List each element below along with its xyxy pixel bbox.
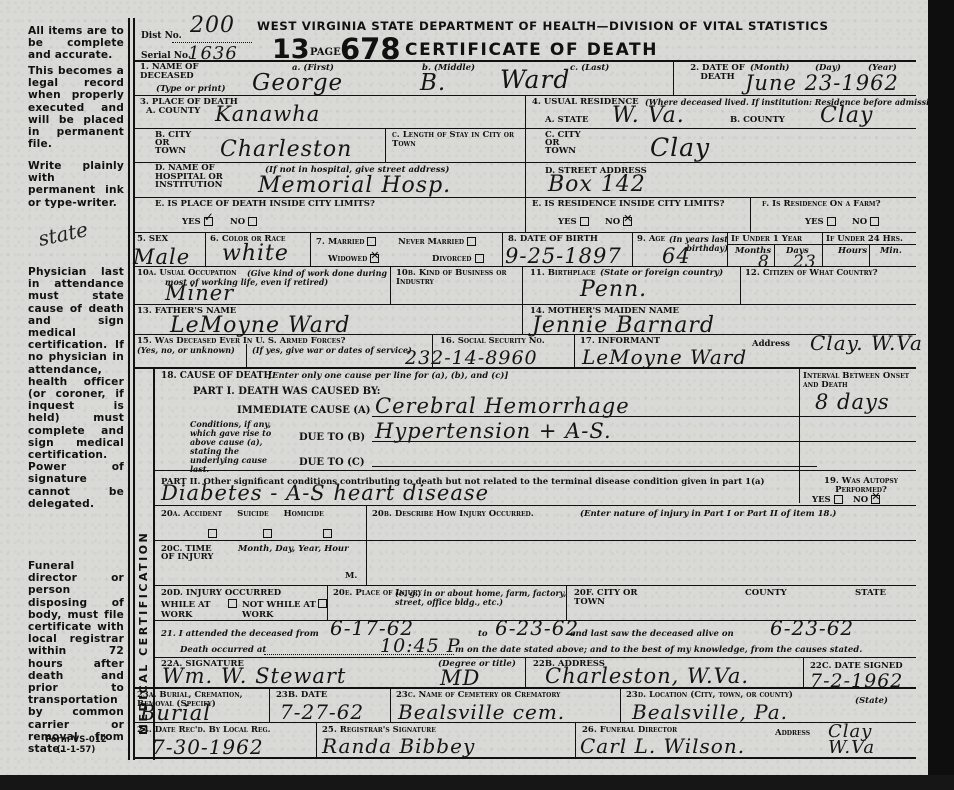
item4b-label: b. COUNTY [730,116,785,125]
scan-border-right [928,0,954,790]
min-label: Min. [880,247,902,256]
divider [155,585,916,586]
divider [366,505,367,585]
married-label: 7. Married [316,237,364,247]
item4-note: (Where deceased lived. If institution: R… [645,98,944,107]
item21-label: 21. I attended the deceased from [161,630,319,639]
item3e-label: e. IS PLACE OF DEATH INSIDE CITY LIMITS? [155,200,375,209]
item20a-label: 20a. Accident Suicide Homicide [161,510,324,519]
divider [310,232,311,266]
item15-sub-a: (Yes, no, or unknown) [137,346,235,355]
yes-label: YES [812,495,831,505]
item24-label: 24. Date Rec'd. By Local Reg. [137,726,271,735]
item16-label: 16. Social Security No. [440,337,545,346]
occupation-value[interactable]: Miner [165,283,234,303]
item3b-label: b. CITY or TOWN [155,131,200,155]
not-while-at-work-label: NOT WHILE At WORK [242,600,316,620]
father-value[interactable]: LeMoyne Ward [170,316,350,336]
instruction-legal-record: This becomes a legal record when properl… [28,65,124,150]
suicide-checkbox[interactable] [263,529,272,538]
while-at-work-option[interactable]: WHILE AT WORK [161,600,231,620]
attended-to-value[interactable]: 6-23-62 [495,618,579,638]
disposition-value[interactable]: Burial [140,703,211,723]
under-1-year-label: If Under 1 Year [731,235,802,244]
cause-b-value[interactable]: Hypertension + A-S. [375,421,612,441]
dist-no-value[interactable]: 200 [190,16,235,36]
instruction-funeral-director: Funeral director or person disposing of … [28,560,124,755]
sex-value[interactable]: Male [133,247,190,267]
divider [525,657,526,687]
dist-no-label: Dist No. [141,32,182,41]
divider [134,162,916,163]
divider [390,266,391,304]
frame-line [133,18,135,760]
item3c-label: c. Length of Stay in City or Town [392,131,522,149]
item4a-label: a. STATE [545,116,588,125]
res-inside-city-no[interactable]: NO [605,217,632,227]
informant-value[interactable]: LeMoyne Ward [582,347,747,367]
divider [522,304,523,334]
to-label: to [478,630,488,639]
while-at-work-label: WHILE AT WORK [161,600,210,620]
item3d-label: d. NAME OF HOSPITAL OR INSTITUTION [155,164,245,190]
last-seen-value[interactable]: 6-23-62 [770,618,854,638]
checkbox[interactable] [834,495,843,504]
interval-a-line [803,416,916,417]
item1-sub: (Type or print) [156,85,226,94]
checkbox[interactable] [248,217,257,226]
married-option[interactable]: 7. Married [316,237,376,247]
race-value[interactable]: white [222,244,289,264]
divorced-option[interactable]: Divorced [432,254,484,264]
item15-sub-b: (If yes, give war or dates of service) [252,346,412,355]
instruction-physician: Physician last in attendance must state … [28,266,124,510]
divider [632,232,633,266]
last-name-value[interactable]: Ward [500,70,570,90]
divider [750,197,751,232]
farm-no[interactable]: NO [852,217,879,227]
item5-label: 5. SEX [137,235,168,244]
homicide-label: Homicide [284,509,324,519]
death-inside-city-yes[interactable]: YES [182,217,213,227]
checkbox-checked[interactable] [871,495,880,504]
divider [155,657,916,658]
interval-label: Interval Between Onset and Death [803,372,913,390]
last-label: c. (Last) [570,64,609,73]
divider [385,128,386,162]
county-label: COUNTY [745,589,787,598]
divider [727,232,728,266]
item23b-label: 23b. DATE [276,691,327,700]
checkbox[interactable] [367,237,376,246]
state-label: STATE [855,589,886,598]
ssn-value[interactable]: 232-14-8960 [405,348,538,368]
divider [269,688,270,722]
instruction-complete-accurate: All items are to be complete and accurat… [28,25,124,62]
widowed-option[interactable]: Widowed [328,254,379,264]
divider [502,232,503,266]
agency-header: WEST VIRGINIA STATE DEPARTMENT OF HEALTH… [257,19,829,33]
item20d-label: 20d. INJURY OCCURRED [161,589,281,598]
yes-label: YES [558,217,577,227]
item23d-label: 23d. Location (City, town, or county) [626,691,793,700]
frame-line [128,18,130,760]
item10b-label: 10b. Kind of Business or Industry [396,269,516,287]
item4c-label: c. CITY or TOWN [545,131,590,155]
cemetery-value[interactable]: Bealsville cem. [398,702,565,722]
never-married-label: Never Married [398,237,464,247]
item4e-label: e. IS RESIDENCE INSIDE CITY LIMITS? [532,200,725,209]
divider [574,334,575,367]
checkbox[interactable] [827,217,836,226]
hours-label: Hours [838,247,867,256]
date-of-death-value[interactable]: June 23-1962 [745,73,899,93]
instruction-write-plainly: Write plainly with permanent ink or type… [28,160,124,209]
degree-value[interactable]: MD [440,668,480,688]
divider [134,304,916,305]
item18-label: 18. CAUSE OF DEATH [161,372,272,381]
divider [525,96,526,232]
hospital-value[interactable]: Memorial Hosp. [258,176,451,196]
divorced-label: Divorced [432,254,472,264]
part2-value[interactable]: Diabetes - A-S heart disease [161,483,489,503]
item20e-note: (e. g., in or about home, farm, factory,… [395,589,570,607]
age-value[interactable]: 64 [662,246,691,266]
res-county-value[interactable]: Clay [820,106,873,126]
item3a-label: a. COUNTY [146,107,200,116]
divider [316,722,317,757]
divider [246,344,247,367]
divider [134,722,916,723]
divider [575,722,576,757]
checkbox-checked[interactable] [204,217,213,226]
last-saw-label: and last saw the deceased alive on [570,630,734,639]
due-to-c-label: DUE TO (c) [299,458,365,467]
suicide-label: Suicide [237,509,269,519]
no-label: NO [230,217,245,227]
mother-value[interactable]: Jennie Barnard [532,316,715,336]
first-name-value[interactable]: George [252,73,343,93]
state-paren-label: (State) [855,697,888,706]
divider [155,470,916,471]
divider [134,266,916,267]
checkbox[interactable] [870,217,879,226]
death-inside-city-no[interactable]: NO [230,217,257,227]
divider [327,585,328,620]
physician-address-value[interactable]: Charleston, W.Va. [545,666,749,686]
date-received-value[interactable]: 7-30-1962 [152,737,264,757]
divider [134,687,916,689]
certificate-title: CERTIFICATE OF DEATH [405,40,658,60]
death-occurred-tail: m on the date stated above; and to the b… [455,646,862,655]
checkbox-checked[interactable] [623,217,632,226]
part1-label: PART I. DEATH WAS CAUSED BY: [193,387,381,396]
disposition-date-value[interactable]: 7-27-62 [280,702,364,722]
cause-c-line [372,466,817,467]
funeral-director-value[interactable]: Carl L. Wilson. [580,736,745,756]
due-to-b-label: DUE TO (b) [299,433,365,442]
state-stamp: state [36,217,90,251]
not-while-at-work-checkbox[interactable] [318,599,327,608]
informant-address-label: Address [752,340,790,349]
divider [803,657,804,687]
divider [390,688,391,722]
m-label: M. [345,572,357,581]
divider [822,232,823,266]
divider [566,585,567,620]
divider [134,197,916,198]
page-label: PAGE [310,47,341,58]
item1-label: 1. NAME OF DECEASED [140,63,210,80]
divider [134,232,916,233]
res-street-value[interactable]: Box 142 [548,175,646,195]
death-city-value[interactable]: Charleston [220,140,352,160]
no-label: NO [853,495,868,505]
divider [155,540,916,541]
item4f-label: f. Is Residence On a Farm? [762,200,881,209]
funeral-address-label: Address [775,729,810,738]
interval-a-value[interactable]: 8 days [815,392,890,412]
item19-label: 19. Was Autopsy Performed? [806,477,916,495]
item12-label: 12. Citizen of What Country? [745,269,878,278]
funeral-address-value[interactable]: Clay W.Va [828,724,908,756]
divider [869,244,870,266]
item20b-label: 20b. Describe How Injury Occurred. [372,510,534,519]
birthplace-value[interactable]: Penn. [580,280,647,300]
autopsy-yes[interactable]: YES [812,495,843,505]
informant-address-value[interactable]: Clay. W.Va [810,333,923,353]
yes-label: YES [805,217,824,227]
scan-border-bottom [0,775,954,790]
death-time-value[interactable]: 10:45 P [380,636,461,656]
divider [673,61,674,95]
yes-label: YES [182,217,201,227]
form-date: (1-1-57) [36,745,116,755]
divider [134,757,916,759]
dob-value[interactable]: 9-25-1897 [505,246,622,266]
divider [134,334,916,335]
checkbox[interactable] [467,237,476,246]
autopsy-no[interactable]: NO [853,495,880,505]
immediate-cause-label: IMMEDIATE CAUSE (a) [237,406,371,415]
cemetery-location-value[interactable]: Bealsville, Pa. [632,702,788,722]
homicide-checkbox[interactable] [323,529,332,538]
checkbox[interactable] [475,254,484,263]
death-occurred-label: Death occurred at [180,646,266,655]
divider [134,128,916,129]
no-label: NO [852,217,867,227]
divider [740,266,741,304]
farm-yes[interactable]: YES [805,217,836,227]
item23c-label: 23c. Name of Cemetery or Crematory [396,691,560,700]
never-married-option[interactable]: Never Married [398,237,476,247]
accident-checkbox[interactable] [208,529,217,538]
item18-note: [Enter only one cause per line for (a), … [268,372,508,381]
death-county-value[interactable]: Kanawha [215,104,320,124]
middle-name-value[interactable]: B. [420,73,446,93]
res-inside-city-yes[interactable]: YES [558,217,589,227]
item20c-note: Month, Day, Year, Hour [238,545,349,554]
divider [774,244,775,266]
res-state-value[interactable]: W. Va. [612,106,685,126]
divider [155,505,916,506]
interval-b-line [803,441,916,442]
divider [134,60,916,62]
item20f-label: 20f. CITY or TOWN [574,589,654,607]
divider [620,688,621,722]
form-number: Form VS-012 [36,735,116,745]
checkbox[interactable] [580,217,589,226]
item8-label: 8. DATE OF BIRTH [508,235,598,244]
checkbox-checked[interactable] [370,254,379,263]
cause-a-value[interactable]: Cerebral Hemorrhage [375,396,630,416]
item20b-note: (Enter nature of injury in Part I or Par… [580,510,836,519]
while-at-work-checkbox[interactable] [228,599,237,608]
signature-value[interactable]: Wm. W. Stewart [162,666,346,686]
divider [205,232,206,266]
divider [727,244,916,245]
res-city-value[interactable]: Clay [650,138,710,158]
under-24-hrs-label: If Under 24 Hrs. [826,235,903,244]
death-certificate-page: All items are to be complete and accurat… [0,0,928,775]
accident-label: 20a. Accident [161,509,222,519]
widowed-label: Widowed [328,254,367,264]
item2-label: 2. DATE OF DEATH [680,64,755,82]
divider [522,266,523,304]
divider [799,369,800,503]
form-id: Form VS-012 (1-1-57) [36,735,116,755]
conditions-note: Conditions, if any, which gave rise to a… [190,420,280,474]
item20c-label: 20c. TIME OF INJURY [161,545,221,561]
not-while-at-work-option[interactable]: NOT WHILE At WORK [242,600,322,620]
registrar-value[interactable]: Randa Bibbey [322,736,475,756]
no-label: NO [605,217,620,227]
